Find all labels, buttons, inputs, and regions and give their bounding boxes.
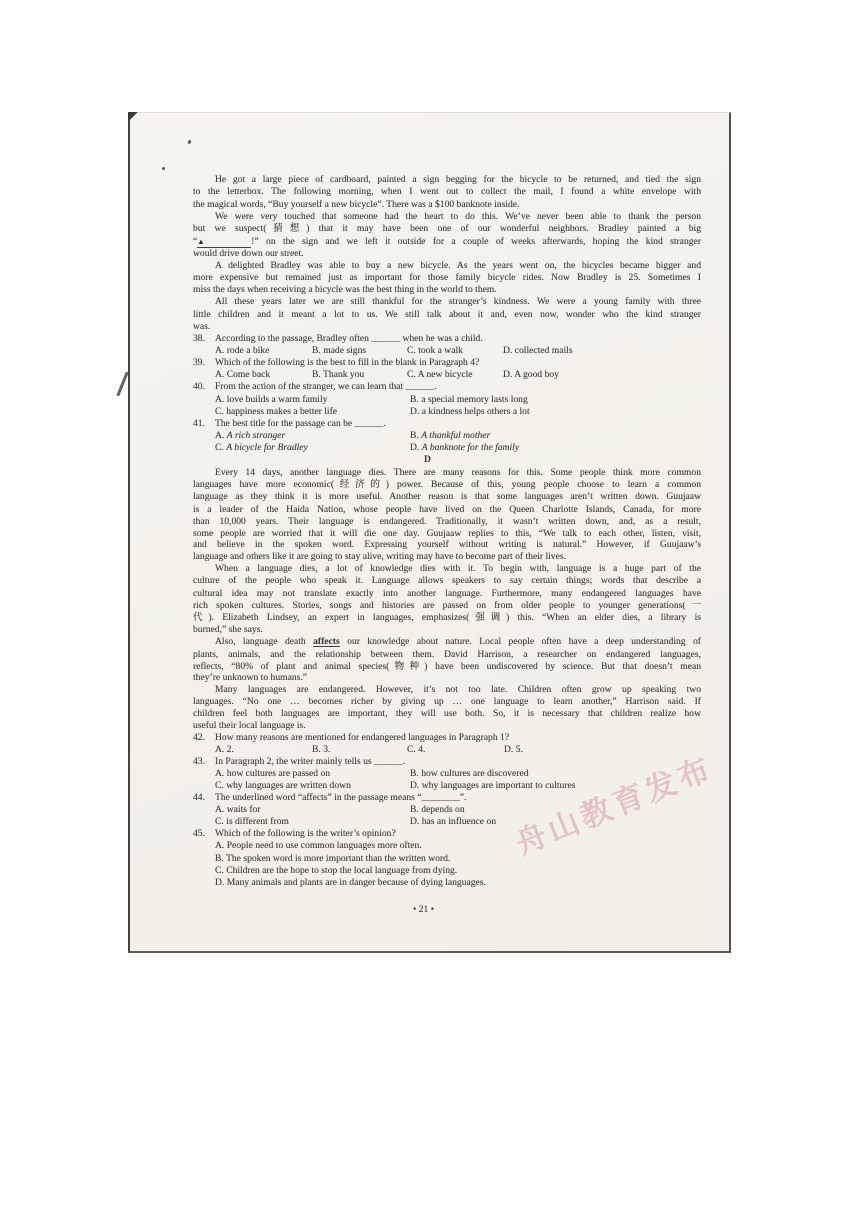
- option-row: A. A rich strangerB. A thankful mother: [130, 430, 729, 442]
- option-row: A. waits forB. depends on: [130, 804, 729, 816]
- option-row: C. A bicycle for BradleyD. A banknote fo…: [130, 442, 729, 454]
- passage-line: but we suspect(猜想) that it may have been…: [193, 223, 701, 235]
- passage-line: 代). Elizabeth Lindsey, an expert in lang…: [193, 612, 701, 624]
- question-line: 42.How many reasons are mentioned for en…: [130, 732, 729, 744]
- option-row: A. how cultures are passed onB. how cult…: [130, 768, 729, 780]
- passage-line: When a language dies, a lot of knowledge…: [215, 563, 701, 575]
- option-row: A. People need to use common languages m…: [130, 840, 729, 852]
- page-number: • 21 •: [130, 904, 729, 916]
- section-header: D: [130, 454, 729, 466]
- question-line: 39.Which of the following is the best to…: [130, 357, 729, 369]
- option-row: C. happiness makes a better lifeD. a kin…: [130, 406, 729, 418]
- passage-line: rich spoken cultures. Stories, songs and…: [193, 600, 701, 612]
- passage-line: miss the days when receiving a bicycle w…: [193, 284, 497, 296]
- scanned-exam-screenshot: 舟山教育发布 He got a large piece of cardboard…: [0, 0, 860, 1216]
- passage-line: language as they think it is more useful…: [193, 491, 701, 503]
- passage-line: languages have more economic(经济的) power.…: [193, 479, 701, 491]
- page-corner-fold-mark: [128, 112, 142, 126]
- passage-line: to the letterbox. The following morning,…: [193, 186, 701, 198]
- passage-line: plants, animals, and the relationship be…: [193, 649, 701, 661]
- option-row: C. Children are the hope to stop the loc…: [130, 865, 729, 877]
- passage-line: and believe in the spoken word. Expressi…: [193, 539, 701, 551]
- option-row: A. Come backB. Thank youC. A new bicycle…: [130, 369, 729, 381]
- passage-line: is a leader of the Haida Nation, whose p…: [193, 504, 701, 516]
- passage-line: He got a large piece of cardboard, paint…: [215, 174, 701, 186]
- option-row: A. rode a bikeB. made signsC. took a wal…: [130, 345, 729, 357]
- passage-line: languages. “No one … becomes richer by g…: [193, 696, 701, 708]
- option-row: A. 2.B. 3.C. 4.D. 5.: [130, 744, 729, 756]
- question-line: 45.Which of the following is the writer’…: [130, 828, 729, 840]
- passage-line: cultural idea may not translate exactly …: [193, 588, 701, 600]
- option-row: A. love builds a warm familyB. a special…: [130, 394, 729, 406]
- passage-line: they’re unknown to humans.”: [193, 672, 307, 684]
- scan-speck: [162, 167, 165, 170]
- passage-line: would drive down our street.: [193, 248, 304, 260]
- passage-line: useful their local language is.: [193, 720, 306, 732]
- passage-line: Many languages are endangered. However, …: [215, 684, 701, 696]
- passage-line: children feel both languages are importa…: [193, 708, 701, 720]
- passage-line: Every 14 days, another language dies. Th…: [215, 467, 701, 479]
- option-row: C. is different fromD. has an influence …: [130, 816, 729, 828]
- passage-line: A delighted Bradley was able to buy a ne…: [215, 260, 701, 272]
- passage-line: We were very touched that someone had th…: [215, 211, 701, 223]
- question-line: 43.In Paragraph 2, the writer mainly tel…: [130, 756, 729, 768]
- passage-line: Also, language death affects our knowled…: [215, 636, 701, 648]
- passage-line: All these years later we are still thank…: [215, 296, 701, 308]
- scan-speck: [187, 140, 192, 145]
- margin-pen-mark: [116, 371, 129, 396]
- passage-line: the magical words, “Buy yourself a new b…: [193, 199, 519, 211]
- option-row: B. The spoken word is more important tha…: [130, 853, 729, 865]
- passage-line: more expensive but remained just as impo…: [193, 272, 701, 284]
- question-line: 41.The best title for the passage can be…: [130, 418, 729, 430]
- question-line: 44.The underlined word “affects” in the …: [130, 792, 729, 804]
- option-row: D. Many animals and plants are in danger…: [130, 877, 729, 889]
- passage-line: little children and it meant a lot to us…: [193, 309, 701, 321]
- passage-line: culture of the people who speak it. Lang…: [193, 575, 701, 587]
- question-line: 38.According to the passage, Bradley oft…: [130, 333, 729, 345]
- passage-line: “▲!” on the sign and we left it outside …: [193, 236, 701, 248]
- option-row: C. why languages are written downD. why …: [130, 780, 729, 792]
- passage-line: burned,” she says.: [193, 624, 263, 636]
- passage-line: than 10,000 years. Their language is end…: [193, 516, 701, 528]
- passage-line: language and others like it are going to…: [193, 551, 566, 563]
- question-line: 40.From the action of the stranger, we c…: [130, 381, 729, 393]
- exam-page: 舟山教育发布 He got a large piece of cardboard…: [128, 112, 731, 953]
- passage-line: was.: [193, 321, 210, 333]
